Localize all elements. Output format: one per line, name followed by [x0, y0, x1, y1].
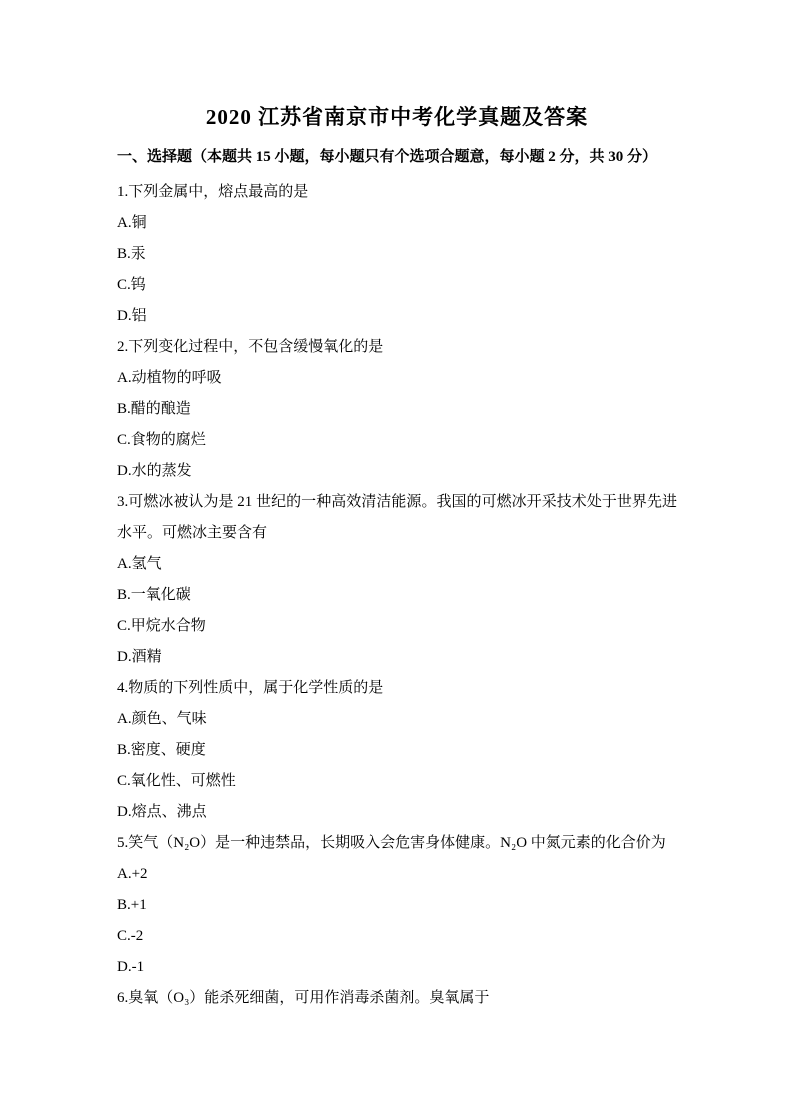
question-list: 1.下列金属中，熔点最高的是 A.铜 B.汞 C.钨 D.铝 2.下列变化过程中… [117, 177, 677, 1014]
question-text: 4.物质的下列性质中，属于化学性质的是 [117, 673, 677, 704]
option-item: D.-1 [117, 952, 677, 983]
question-text: 1.下列金属中，熔点最高的是 [117, 177, 677, 208]
option-item: C.-2 [117, 921, 677, 952]
option-item: A.铜 [117, 208, 677, 239]
section-header: 一、选择题（本题共 15 小题，每小题只有个选项合题意，每小题 2 分，共 30… [117, 147, 677, 167]
option-item: C.甲烷水合物 [117, 611, 677, 642]
option-item: A.氢气 [117, 549, 677, 580]
option-item: D.熔点、沸点 [117, 797, 677, 828]
question-block-5: 5.笑气（N₂O）是一种违禁品，长期吸入会危害身体健康。N₂O 中氮元素的化合价… [117, 828, 677, 983]
option-item: D.酒精 [117, 642, 677, 673]
option-item: B.汞 [117, 239, 677, 270]
option-item: A.+2 [117, 859, 677, 890]
option-item: B.密度、硬度 [117, 735, 677, 766]
option-item: C.氧化性、可燃性 [117, 766, 677, 797]
question-block-4: 4.物质的下列性质中，属于化学性质的是 A.颜色、气味 B.密度、硬度 C.氧化… [117, 673, 677, 828]
document-page: 2020 江苏省南京市中考化学真题及答案 一、选择题（本题共 15 小题，每小题… [0, 0, 790, 1119]
question-text: 5.笑气（N₂O）是一种违禁品，长期吸入会危害身体健康。N₂O 中氮元素的化合价… [117, 828, 677, 859]
option-item: B.+1 [117, 890, 677, 921]
option-item: A.颜色、气味 [117, 704, 677, 735]
option-item: C.食物的腐烂 [117, 425, 677, 456]
page-title: 2020 江苏省南京市中考化学真题及答案 [117, 103, 677, 131]
question-text: 3.可燃冰被认为是 21 世纪的一种高效清洁能源。我国的可燃冰开采技术处于世界先… [117, 487, 677, 549]
question-block-2: 2.下列变化过程中，不包含缓慢氧化的是 A.动植物的呼吸 B.醋的酿造 C.食物… [117, 332, 677, 487]
option-item: A.动植物的呼吸 [117, 363, 677, 394]
option-item: C.钨 [117, 270, 677, 301]
question-text: 6.臭氧（O₃）能杀死细菌，可用作消毒杀菌剂。臭氧属于 [117, 983, 677, 1014]
question-block-6: 6.臭氧（O₃）能杀死细菌，可用作消毒杀菌剂。臭氧属于 [117, 983, 677, 1014]
option-item: B.醋的酿造 [117, 394, 677, 425]
option-item: B.一氧化碳 [117, 580, 677, 611]
question-text: 2.下列变化过程中，不包含缓慢氧化的是 [117, 332, 677, 363]
option-item: D.水的蒸发 [117, 456, 677, 487]
question-block-1: 1.下列金属中，熔点最高的是 A.铜 B.汞 C.钨 D.铝 [117, 177, 677, 332]
option-item: D.铝 [117, 301, 677, 332]
question-block-3: 3.可燃冰被认为是 21 世纪的一种高效清洁能源。我国的可燃冰开采技术处于世界先… [117, 487, 677, 673]
